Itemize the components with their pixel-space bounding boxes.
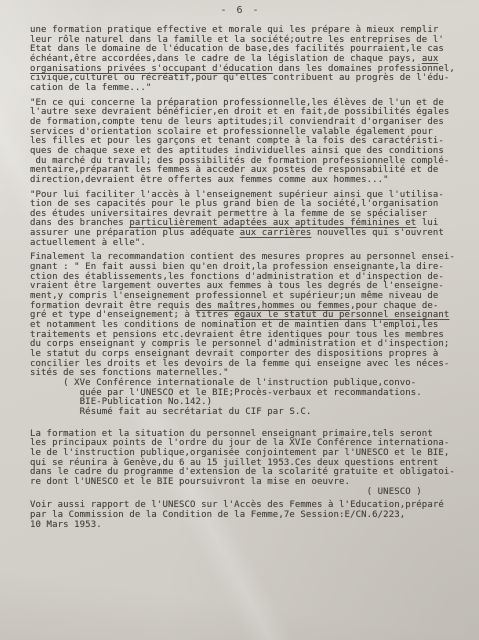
para-see-also: Voir aussi rapport de l'UNESCO sur l'Acc… bbox=[30, 501, 467, 530]
document-page: - 6 - une formation pratique effective e… bbox=[0, 0, 479, 640]
para-xvie-conference: La formation et la situation du personne… bbox=[30, 430, 467, 498]
text-segment: ( XVe Conférence internationale de l'ins… bbox=[30, 378, 422, 417]
text-segment: Voir aussi rapport de l'UNESCO sur l'Acc… bbox=[30, 500, 444, 529]
page-number: - 6 - bbox=[30, 5, 451, 17]
underlined-phrase: égaux le statut du personnel enseignant bbox=[234, 310, 449, 320]
text-segment: une formation pratique effective et mora… bbox=[30, 25, 444, 64]
para-higher-education-quote: "Pour lui faciliter l'accès à l'enseigne… bbox=[30, 191, 467, 249]
text-segment: et notamment les conditions de nominatio… bbox=[30, 320, 449, 378]
text-segment: La formation et la situation du personne… bbox=[30, 429, 455, 497]
underlined-phrase: particulièrement adaptées aux aptitudes … bbox=[129, 218, 416, 228]
underlined-phrase: aux carrières bbox=[240, 228, 312, 238]
para-source-citation: ( XVe Conférence internationale de l'ins… bbox=[30, 379, 467, 418]
para-professional-preparation-quote: "En ce qui concerne la préparation profe… bbox=[30, 99, 467, 186]
text-segment: "En ce qui concerne la préparation profe… bbox=[30, 98, 449, 185]
document-body: une formation pratique effective et mora… bbox=[30, 26, 467, 530]
para-teaching-personnel-quote: Finalement la recommandation contient de… bbox=[30, 253, 467, 379]
para-women-education-quote: une formation pratique effective et mora… bbox=[30, 26, 467, 94]
